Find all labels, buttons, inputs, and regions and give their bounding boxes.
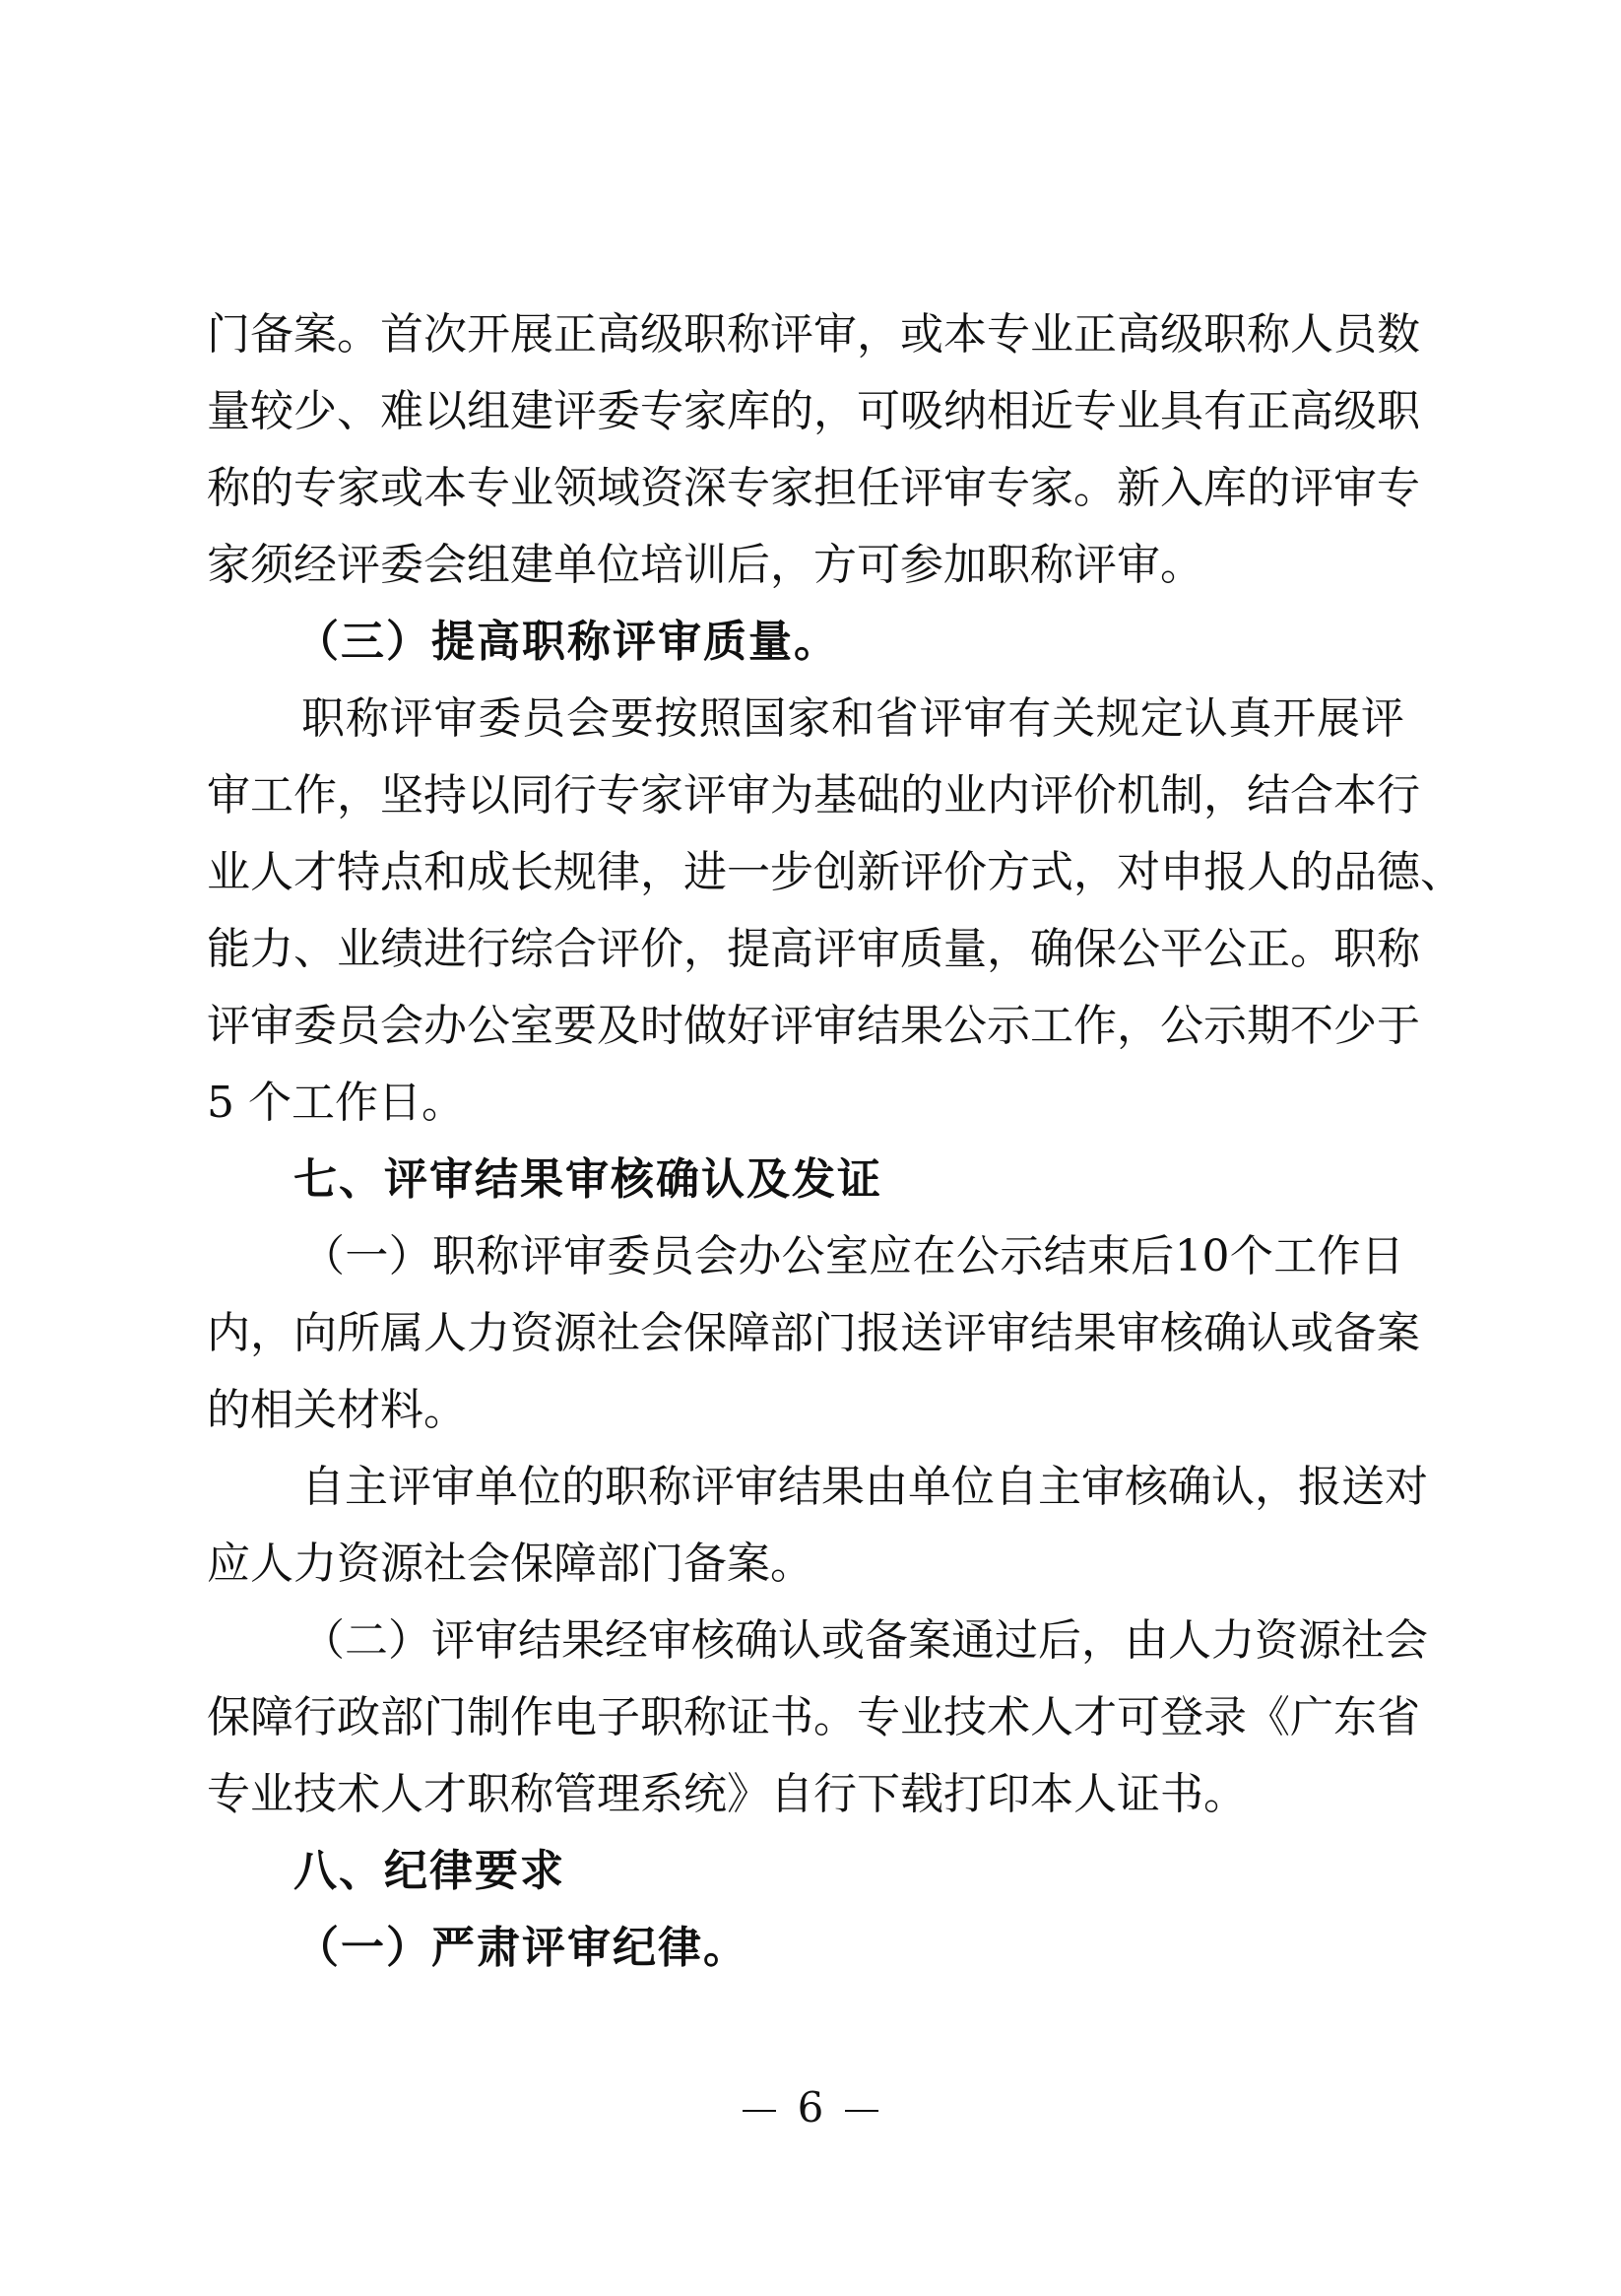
body-line: 内，向所属人力资源社会保障部门报送评审结果审核确认或备案: [207, 1304, 1404, 1363]
page-number-value: 6: [798, 2083, 824, 2132]
body-line: 职称评审委员会要按照国家和省评审有关规定认真开展评: [301, 689, 1404, 749]
section-heading: 八、纪律要求: [293, 1842, 565, 1901]
body-line: （一）职称评审委员会办公室应在公示结束后10个工作日: [301, 1227, 1404, 1286]
section-heading: 七、评审结果审核确认及发证: [293, 1150, 882, 1210]
body-line: 5 个工作日。: [207, 1074, 1404, 1133]
body-line: 门备案。首次开展正高级职称评审，或本专业正高级职称人员数: [207, 305, 1404, 364]
body-line: 评审委员会办公室要及时做好评审结果公示工作，公示期不少于: [207, 997, 1404, 1056]
body-line: 的相关材料。: [207, 1381, 1404, 1440]
page-number-dash-right: [845, 2110, 878, 2112]
page-number: 6: [0, 2078, 1621, 2137]
body-line: 能力、业绩进行综合评价，提高评审质量，确保公平公正。职称: [207, 920, 1404, 979]
body-line: 家须经评委会组建单位培训后，方可参加职称评审。: [207, 536, 1404, 595]
document-page: 门备案。首次开展正高级职称评审，或本专业正高级职称人员数 量较少、难以组建评委专…: [0, 0, 1621, 2296]
body-line: 保障行政部门制作电子职称证书。专业技术人才可登录《广东省: [207, 1688, 1404, 1747]
page-number-dash-left: [743, 2110, 776, 2112]
body-line: 应人力资源社会保障部门备案。: [207, 1535, 1404, 1594]
body-line: 业人才特点和成长规律，进一步创新评价方式，对申报人的品德、: [207, 843, 1404, 902]
body-line: 专业技术人才职称管理系统》自行下载打印本人证书。: [207, 1765, 1404, 1824]
section-subheading: （一）严肃评审纪律。: [295, 1919, 748, 1978]
body-line: 量较少、难以组建评委专家库的，可吸纳相近专业具有正高级职: [207, 382, 1404, 441]
body-line: 称的专家或本专业领域资深专家担任评审专家。新入库的评审专: [207, 459, 1404, 518]
section-subheading: （三）提高职称评审质量。: [295, 613, 839, 672]
body-line: 自主评审单位的职称评审结果由单位自主审核确认，报送对: [301, 1458, 1404, 1517]
body-line: （二）评审结果经审核确认或备案通过后，由人力资源社会: [301, 1611, 1404, 1671]
body-line: 审工作，坚持以同行专家评审为基础的业内评价机制，结合本行: [207, 766, 1404, 825]
